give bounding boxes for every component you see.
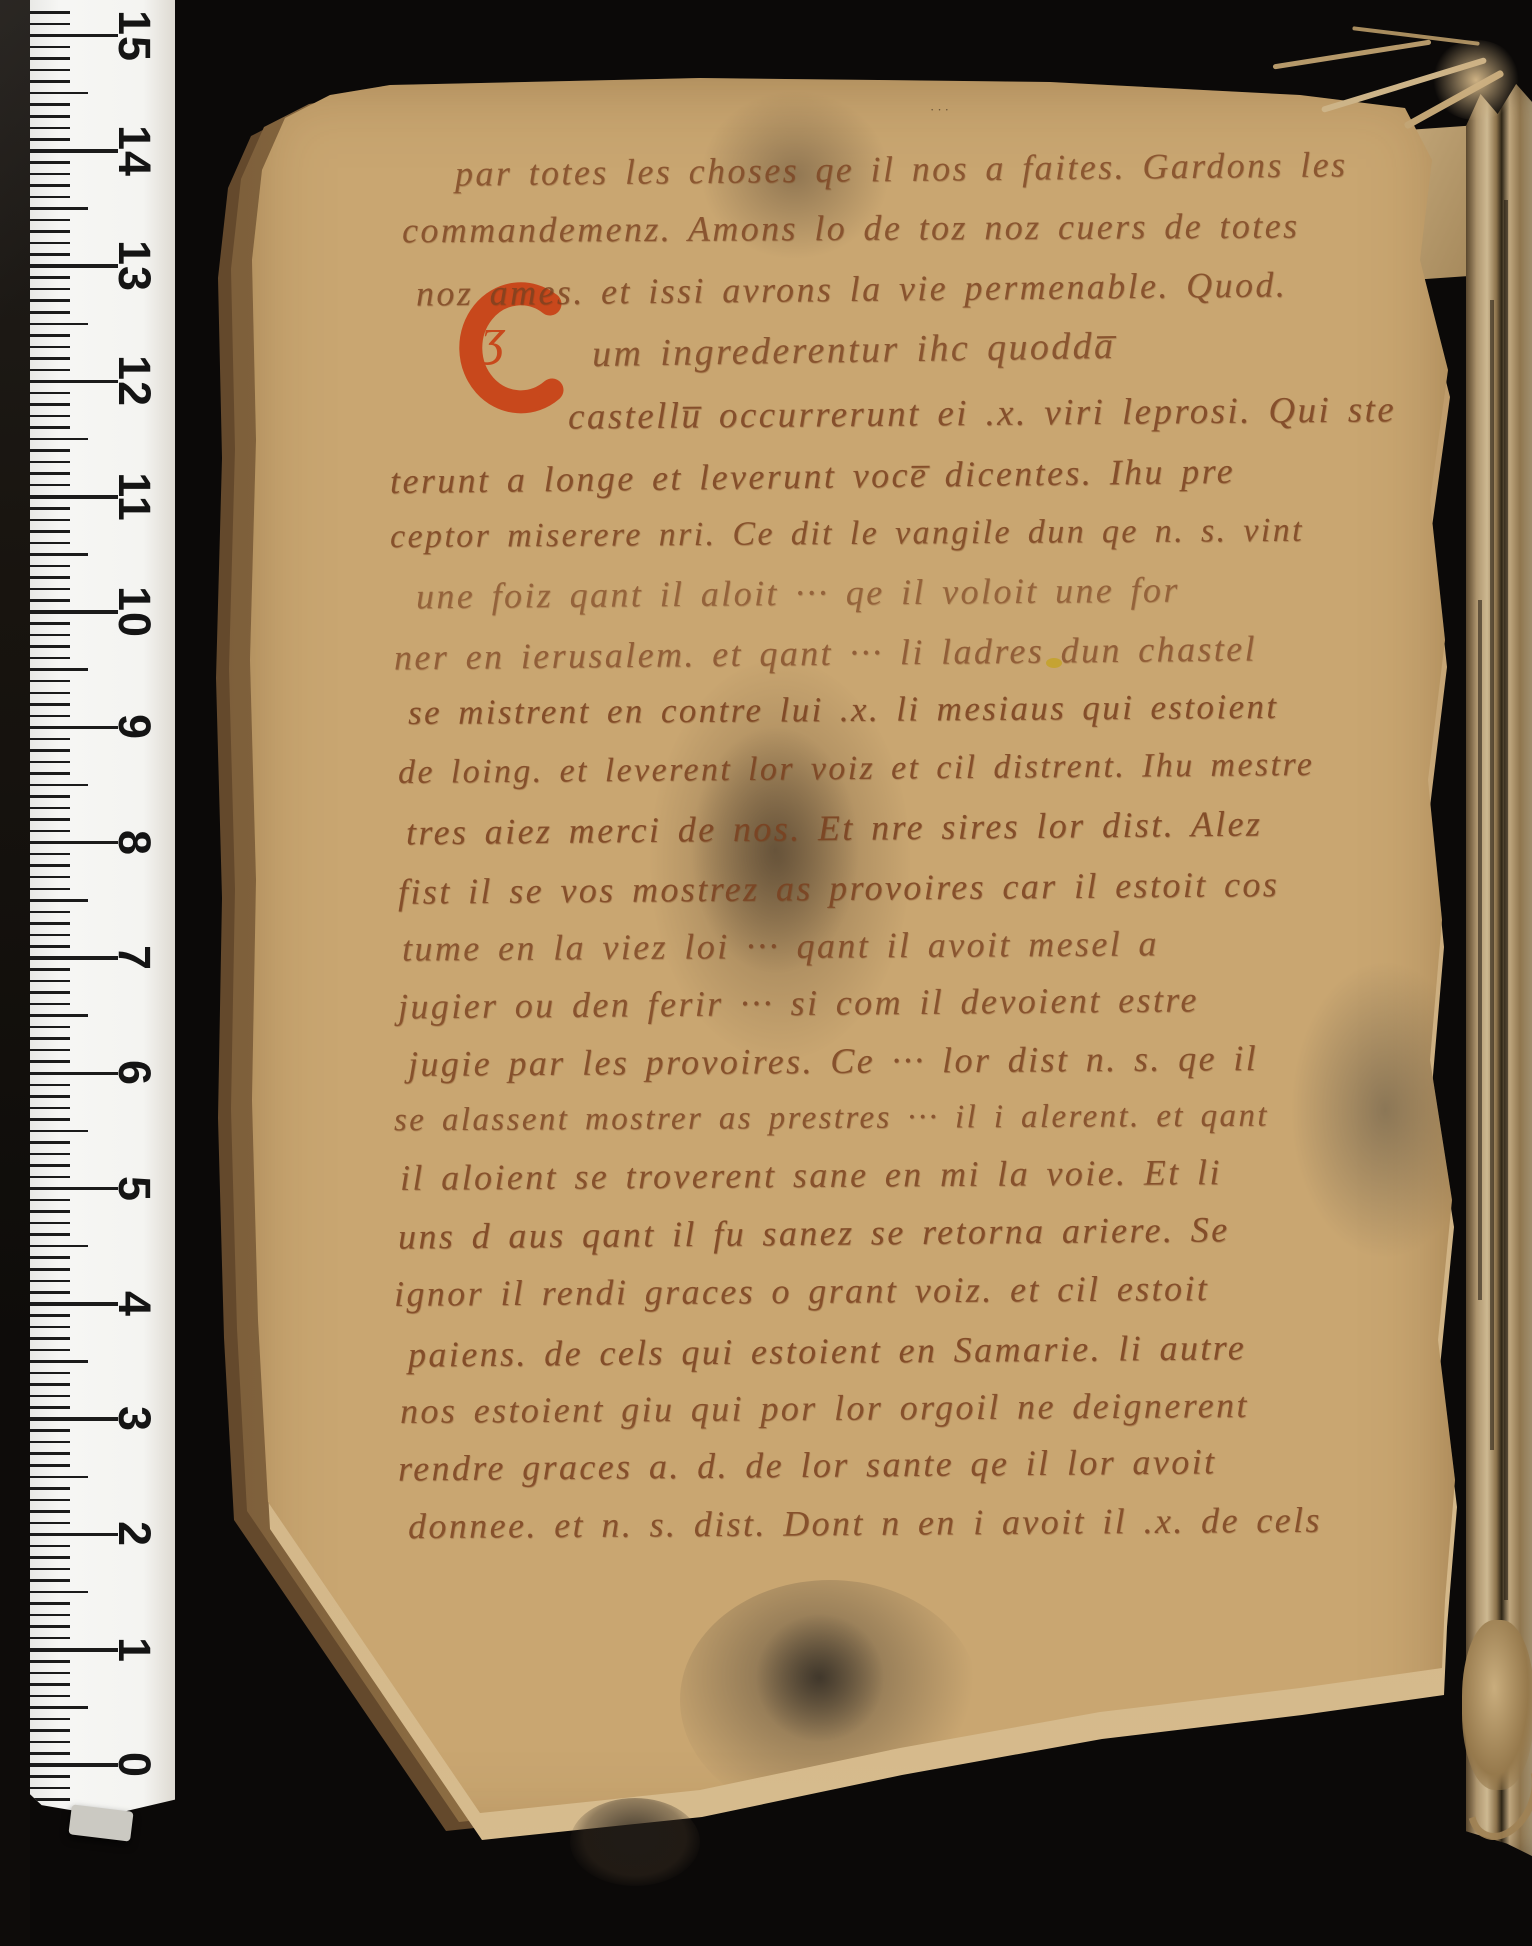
ruler-mm-tick bbox=[30, 1660, 70, 1663]
ruler-mm-tick bbox=[30, 288, 70, 291]
manuscript-line-6: terunt a longe et leverunt voce̅ dicente… bbox=[390, 450, 1235, 502]
ruler-mm-tick bbox=[30, 1510, 70, 1513]
manuscript-line-18: il aloient se troverent sane en mi la vo… bbox=[400, 1151, 1222, 1199]
ruler-mm-tick bbox=[30, 1107, 70, 1110]
ruler-mm-tick bbox=[30, 968, 70, 971]
ruler-mm-tick bbox=[30, 772, 70, 775]
ruler-half-cm-tick bbox=[30, 92, 88, 95]
ruler-cm-tick bbox=[30, 1417, 118, 1421]
ruler-half-cm-tick bbox=[30, 668, 88, 671]
ruler-mm-tick bbox=[30, 1787, 70, 1790]
ruler-mm-tick bbox=[30, 565, 70, 568]
ruler-number-1: 1 bbox=[108, 1624, 160, 1676]
manuscript-page: ··· ʒ par totes les choses qe il nos a f… bbox=[230, 60, 1465, 1860]
ruler-mm-tick bbox=[30, 761, 70, 764]
ruler-cm-tick bbox=[30, 1302, 118, 1306]
manuscript-line-4: um ingrederentur ihc quodda̅ bbox=[592, 324, 1116, 376]
ruler-mm-tick bbox=[30, 830, 70, 833]
ruler-mm-tick bbox=[30, 23, 70, 26]
ruler-mm-tick bbox=[30, 622, 70, 625]
ruler-mm-tick bbox=[30, 461, 70, 464]
ruler-mm-tick bbox=[30, 922, 70, 925]
ruler-mm-tick bbox=[30, 588, 70, 591]
ruler-mm-tick bbox=[30, 369, 70, 372]
ruler-mm-tick bbox=[30, 1049, 70, 1052]
ruler-mm-tick bbox=[30, 715, 70, 718]
initial-guide-mark: ʒ bbox=[482, 308, 505, 367]
ruler-half-cm-tick bbox=[30, 1591, 88, 1594]
ruler-mm-tick bbox=[30, 1798, 70, 1801]
manuscript-line-10: se mistrent en contre lui .x. li mesiaus… bbox=[408, 687, 1279, 733]
ruler-mm-tick bbox=[30, 1280, 70, 1283]
ruler-mm-tick bbox=[30, 680, 70, 683]
ruler-number-15: 15 bbox=[108, 10, 160, 62]
manuscript-line-8: une foiz qant il aloit ··· qe il voloit … bbox=[416, 569, 1180, 618]
ruler-mm-tick bbox=[30, 530, 70, 533]
ruler-half-cm-tick bbox=[30, 1476, 88, 1479]
manuscript-line-14: tume en la viez loi ··· qant il avoit me… bbox=[402, 922, 1159, 969]
ruler-mm-tick bbox=[30, 1349, 70, 1352]
ruler-mm-tick bbox=[30, 1718, 70, 1721]
ruler-mm-tick bbox=[30, 1464, 70, 1467]
ruler-number-0: 0 bbox=[108, 1739, 160, 1791]
ruler-mm-tick bbox=[30, 11, 70, 14]
ruler-mm-tick bbox=[30, 1210, 70, 1213]
ruler-mm-tick bbox=[30, 1729, 70, 1732]
manuscript-line-5: castellu̅ occurrerunt ei .x. viri lepros… bbox=[568, 388, 1396, 438]
ruler-cm-tick bbox=[30, 264, 118, 268]
ruler-mm-tick bbox=[30, 69, 70, 72]
ruler-number-3: 3 bbox=[108, 1393, 160, 1445]
ruler-mm-tick bbox=[30, 138, 70, 141]
ruler-mm-tick bbox=[30, 219, 70, 222]
ruler-number-8: 8 bbox=[108, 817, 160, 869]
ruler-mm-tick bbox=[30, 1672, 70, 1675]
ruler-mm-tick bbox=[30, 507, 70, 510]
ruler-mm-tick bbox=[30, 1568, 70, 1571]
manuscript-line-21: paiens. de cels qui estoient en Samarie.… bbox=[408, 1326, 1246, 1375]
ruler-mm-tick bbox=[30, 749, 70, 752]
ruler-cm-tick bbox=[30, 1187, 118, 1191]
ruler-bottom-tab bbox=[68, 1804, 133, 1841]
ruler-mm-tick bbox=[30, 80, 70, 83]
ruler-mm-tick bbox=[30, 1291, 70, 1294]
ruler-cm-tick bbox=[30, 956, 118, 960]
ruler-mm-tick bbox=[30, 795, 70, 798]
manuscript-line-23: rendre graces a. d. de lor sante qe il l… bbox=[398, 1440, 1217, 1489]
ruler-mm-tick bbox=[30, 888, 70, 891]
ruler-mm-tick bbox=[30, 1337, 70, 1340]
ruler-number-10: 10 bbox=[108, 586, 160, 638]
ruler-cm-tick bbox=[30, 34, 118, 38]
ruler-mm-tick bbox=[30, 1037, 70, 1040]
ruler-mm-tick bbox=[30, 415, 70, 418]
ruler-mm-tick bbox=[30, 230, 70, 233]
ruler-mm-tick bbox=[30, 403, 70, 406]
ruler-cm-tick bbox=[30, 1072, 118, 1076]
ruler-half-cm-tick bbox=[30, 784, 88, 787]
ruler-mm-tick bbox=[30, 1268, 70, 1271]
ruler-mm-tick bbox=[30, 276, 70, 279]
faint-red-inscription bbox=[1076, 1744, 1163, 1760]
ruler-mm-tick bbox=[30, 1314, 70, 1317]
ruler-number-2: 2 bbox=[108, 1508, 160, 1560]
ruler-mm-tick bbox=[30, 1372, 70, 1375]
ruler-mm-tick bbox=[30, 46, 70, 49]
ruler-mm-tick bbox=[30, 1441, 70, 1444]
ruler-number-6: 6 bbox=[108, 1047, 160, 1099]
ruler-mm-tick bbox=[30, 1326, 70, 1329]
ruler-mm-tick bbox=[30, 1199, 70, 1202]
ruler-mm-tick bbox=[30, 1026, 70, 1029]
ruler-number-12: 12 bbox=[108, 355, 160, 407]
manuscript-line-15: jugier ou den ferir ··· si com il devoie… bbox=[398, 979, 1199, 1028]
binding-gutter-strip bbox=[1466, 84, 1532, 1856]
manuscript-line-3: noz ames. et issi avrons la vie permenab… bbox=[416, 263, 1288, 314]
ruler-mm-tick bbox=[30, 1395, 70, 1398]
ruler-mm-tick bbox=[30, 173, 70, 176]
gutter-crease bbox=[1478, 600, 1482, 1300]
ruler-half-cm-tick bbox=[30, 1130, 88, 1133]
ruler-mm-tick bbox=[30, 1545, 70, 1548]
ruler-mm-tick bbox=[30, 1164, 70, 1167]
manuscript-line-7: ceptor miserere nri. Ce dit le vangile d… bbox=[390, 512, 1304, 556]
prick-marks: ··· bbox=[930, 102, 966, 116]
ruler-mm-tick bbox=[30, 242, 70, 245]
manuscript-line-1: par totes les choses qe il nos a faites.… bbox=[455, 143, 1348, 194]
ruler-half-cm-tick bbox=[30, 899, 88, 902]
ruler-number-9: 9 bbox=[108, 701, 160, 753]
ruler-mm-tick bbox=[30, 184, 70, 187]
ruler-mm-tick bbox=[30, 1141, 70, 1144]
ruler-mm-tick bbox=[30, 703, 70, 706]
ruler-cm-tick bbox=[30, 380, 118, 384]
gutter-crease bbox=[1504, 200, 1508, 1600]
ruler-mm-tick bbox=[30, 1233, 70, 1236]
ruler-mm-tick bbox=[30, 991, 70, 994]
ruler-half-cm-tick bbox=[30, 323, 88, 326]
ruler-mm-tick bbox=[30, 1487, 70, 1490]
ruler-mm-tick bbox=[30, 1522, 70, 1525]
ruler-mm-tick bbox=[30, 576, 70, 579]
manuscript-line-16: jugie par les provoires. Ce ··· lor dist… bbox=[408, 1037, 1258, 1085]
ruler-mm-tick bbox=[30, 738, 70, 741]
ruler-mm-tick bbox=[30, 1060, 70, 1063]
ruler-mm-tick bbox=[30, 1118, 70, 1121]
ruler-number-11: 11 bbox=[108, 471, 160, 523]
manuscript-line-9: ner en ierusalem. et qant ··· li ladres … bbox=[394, 627, 1257, 678]
ruler-cm-tick bbox=[30, 726, 118, 730]
digitized-manuscript-photo: 0123456789101112131415 ··· ʒ par totes l… bbox=[0, 0, 1532, 1946]
ruler-mm-tick bbox=[30, 57, 70, 60]
ruler-mm-tick bbox=[30, 1625, 70, 1628]
ruler-mm-tick bbox=[30, 392, 70, 395]
ruler-mm-tick bbox=[30, 876, 70, 879]
ruler-mm-tick bbox=[30, 1256, 70, 1259]
ruler-mm-tick bbox=[30, 1003, 70, 1006]
ruler-mm-tick bbox=[30, 253, 70, 256]
ruler-mm-tick bbox=[30, 864, 70, 867]
ruler-mm-tick bbox=[30, 1695, 70, 1698]
ruler-mm-tick bbox=[30, 1429, 70, 1432]
ruler-mm-tick bbox=[30, 115, 70, 118]
manuscript-line-13: fist il se vos mostrez as provoires car … bbox=[398, 863, 1280, 913]
ruler-cm-tick bbox=[30, 495, 118, 499]
ruler-half-cm-tick bbox=[30, 1360, 88, 1363]
ruler-cm-tick bbox=[30, 610, 118, 614]
ruler-cm-tick bbox=[30, 1533, 118, 1537]
ruler-mm-tick bbox=[30, 542, 70, 545]
ruler-mm-tick bbox=[30, 911, 70, 914]
manuscript-line-12: tres aiez merci de nos. Et nre sires lor… bbox=[406, 803, 1263, 854]
manuscript-line-19: uns d aus qant il fu sanez se retorna ar… bbox=[398, 1208, 1230, 1257]
ruler-mm-tick bbox=[30, 519, 70, 522]
ruler-mm-tick bbox=[30, 1222, 70, 1225]
ruler-half-cm-tick bbox=[30, 438, 88, 441]
ruler-mm-tick bbox=[30, 807, 70, 810]
ruler-number-4: 4 bbox=[108, 1278, 160, 1330]
ruler-half-cm-tick bbox=[30, 553, 88, 556]
ruler-mm-tick bbox=[30, 1452, 70, 1455]
ruler-mm-tick bbox=[30, 472, 70, 475]
ruler-mm-tick bbox=[30, 1406, 70, 1409]
ink-blot-bottom-core bbox=[750, 1608, 890, 1748]
ruler-mm-tick bbox=[30, 484, 70, 487]
ruler-mm-tick bbox=[30, 1775, 70, 1778]
ruler-mm-tick bbox=[30, 357, 70, 360]
manuscript-line-20: ignor il rendi graces o grant voiz. et c… bbox=[394, 1267, 1209, 1315]
ruler-mm-tick bbox=[30, 1153, 70, 1156]
ruler-mm-tick bbox=[30, 1095, 70, 1098]
ruler-half-cm-tick bbox=[30, 1245, 88, 1248]
manuscript-line-17: se alassent mostrer as prestres ··· il i… bbox=[394, 1098, 1269, 1140]
ruler-mm-tick bbox=[30, 196, 70, 199]
ruler-cm-tick bbox=[30, 1763, 118, 1767]
frayed-thread-tuft bbox=[1430, 40, 1522, 120]
ruler-mm-tick bbox=[30, 1741, 70, 1744]
ruler-number-14: 14 bbox=[108, 125, 160, 177]
frayed-thread bbox=[1273, 40, 1432, 70]
ruler-mm-tick bbox=[30, 818, 70, 821]
ruler-mm-tick bbox=[30, 1602, 70, 1605]
ruler-mm-tick bbox=[30, 599, 70, 602]
centimetre-ruler: 0123456789101112131415 bbox=[30, 0, 175, 1816]
ruler-mm-tick bbox=[30, 103, 70, 106]
ruler-mm-tick bbox=[30, 1499, 70, 1502]
ruler-mm-tick bbox=[30, 1637, 70, 1640]
under-leaf-stain bbox=[570, 1798, 700, 1886]
ruler-number-5: 5 bbox=[108, 1163, 160, 1215]
gutter-crease bbox=[1490, 300, 1494, 1450]
ruler-number-7: 7 bbox=[108, 932, 160, 984]
ruler-mm-tick bbox=[30, 426, 70, 429]
ruler-mm-tick bbox=[30, 449, 70, 452]
ruler-mm-tick bbox=[30, 161, 70, 164]
ruler-number-13: 13 bbox=[108, 240, 160, 292]
ruler-cm-tick bbox=[30, 1648, 118, 1652]
ruler-mm-tick bbox=[30, 934, 70, 937]
ruler-mm-tick bbox=[30, 127, 70, 130]
ruler-mm-tick bbox=[30, 1614, 70, 1617]
ruler-half-cm-tick bbox=[30, 1706, 88, 1709]
ruler-half-cm-tick bbox=[30, 1014, 88, 1017]
ruler-mm-tick bbox=[30, 645, 70, 648]
ruler-cm-tick bbox=[30, 149, 118, 153]
ruler-mm-tick bbox=[30, 1176, 70, 1179]
ruler-mm-tick bbox=[30, 1752, 70, 1755]
manuscript-line-11: de loing. et leverent lor voiz et cil di… bbox=[398, 746, 1315, 792]
manuscript-line-22: nos estoient giu qui por lor orgoil ne d… bbox=[400, 1384, 1249, 1432]
ruler-mm-tick bbox=[30, 299, 70, 302]
ruler-mm-tick bbox=[30, 980, 70, 983]
manuscript-line-24: donnee. et n. s. dist. Dont n en i avoit… bbox=[408, 1499, 1322, 1547]
ruler-mm-tick bbox=[30, 1556, 70, 1559]
ruler-mm-tick bbox=[30, 1579, 70, 1582]
ruler-half-cm-tick bbox=[30, 207, 88, 210]
ruler-mm-tick bbox=[30, 853, 70, 856]
ruler-mm-tick bbox=[30, 945, 70, 948]
ruler-mm-tick bbox=[30, 657, 70, 660]
ruler-mm-tick bbox=[30, 1084, 70, 1087]
ruler-mm-tick bbox=[30, 311, 70, 314]
ruler-mm-tick bbox=[30, 692, 70, 695]
ruler-mm-tick bbox=[30, 1683, 70, 1686]
manuscript-line-2: commandemenz. Amons lo de toz noz cuers … bbox=[402, 205, 1300, 252]
ruler-cm-tick bbox=[30, 841, 118, 845]
ruler-mm-tick bbox=[30, 346, 70, 349]
ruler-mm-tick bbox=[30, 334, 70, 337]
ruler-mm-tick bbox=[30, 634, 70, 637]
ruler-mm-tick bbox=[30, 1383, 70, 1386]
